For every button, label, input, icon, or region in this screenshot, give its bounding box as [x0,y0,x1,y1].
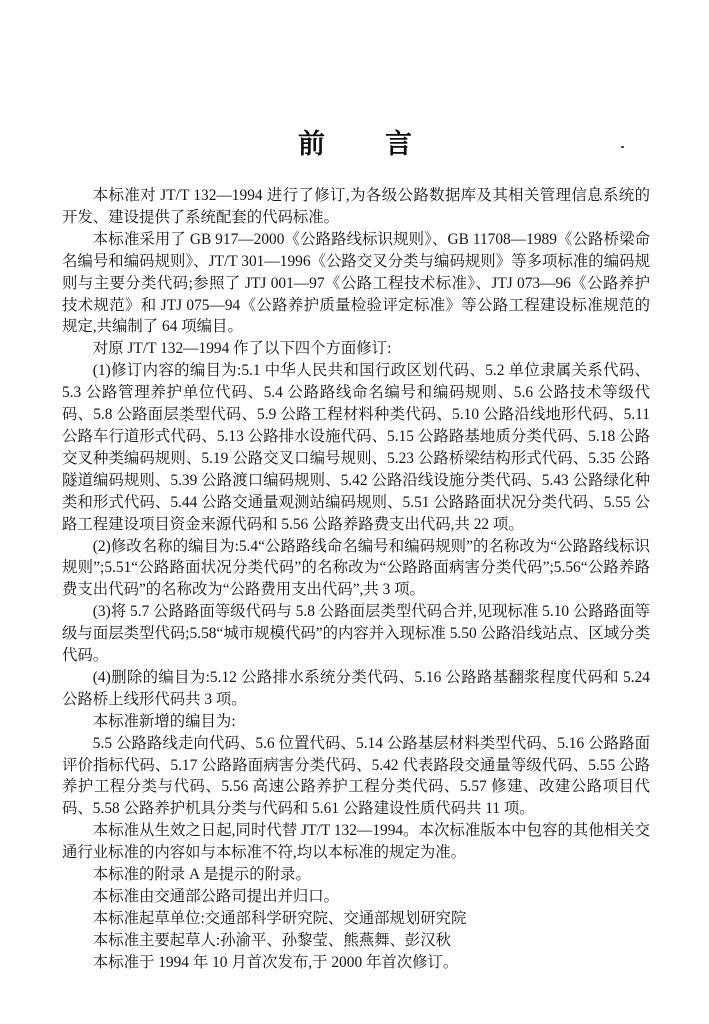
drafters-note: 本标准主要起草人:孙渝平、孙黎莹、熊燕舞、彭汉秋 [62,930,650,952]
revision-item-2: (2)修改名称的编目为:5.4“公路路线命名编号和编码规则”的名称改为“公路路线… [62,536,650,602]
page-title: 前 言 [62,122,650,161]
scanned-document-page: 前 言 本标准对 JT/T 132—1994 进行了修订,为各级公路数据库及其相… [0,0,709,1024]
new-items-intro: 本标准新增的编目为: [62,711,650,733]
document-body: 本标准对 JT/T 132—1994 进行了修订,为各级公路数据库及其相关管理信… [62,185,650,974]
revision-item-4: (4)删除的编目为:5.12 公路排水系统分类代码、5.16 公路路基翻浆程度代… [62,667,650,711]
issuer-note: 本标准由交通部公路司提出并归口。 [62,886,650,908]
drafting-unit-note: 本标准起草单位:交通部科学研究院、交通部规划研究院 [62,908,650,930]
revision-intro: 对原 JT/T 132—1994 作了以下四个方面修订: [62,338,650,360]
new-items-list: 5.5 公路路线走向代码、5.6 位置代码、5.14 公路基层材料类型代码、5.… [62,733,650,821]
revision-item-1: (1)修订内容的编目为:5.1 中华人民共和国行政区划代码、5.2 单位隶属关系… [62,360,650,535]
effective-date-paragraph: 本标准从生效之日起,同时代替 JT/T 132—1994。本次标准版本中包容的其… [62,820,650,864]
publish-history-note: 本标准于 1994 年 10 月首次发布,于 2000 年首次修订。 [62,952,650,974]
intro-paragraph: 本标准对 JT/T 132—1994 进行了修订,为各级公路数据库及其相关管理信… [62,185,650,229]
document-content: 前 言 本标准对 JT/T 132—1994 进行了修订,为各级公路数据库及其相… [62,122,650,974]
appendix-note: 本标准的附录 A 是提示的附录。 [62,864,650,886]
standards-adopted-paragraph: 本标准采用了 GB 917—2000《公路路线标识规则》、GB 11708—19… [62,229,650,339]
revision-item-3: (3)将 5.7 公路路面等级代码与 5.8 公路面层类型代码合并,见现标准 5… [62,601,650,667]
